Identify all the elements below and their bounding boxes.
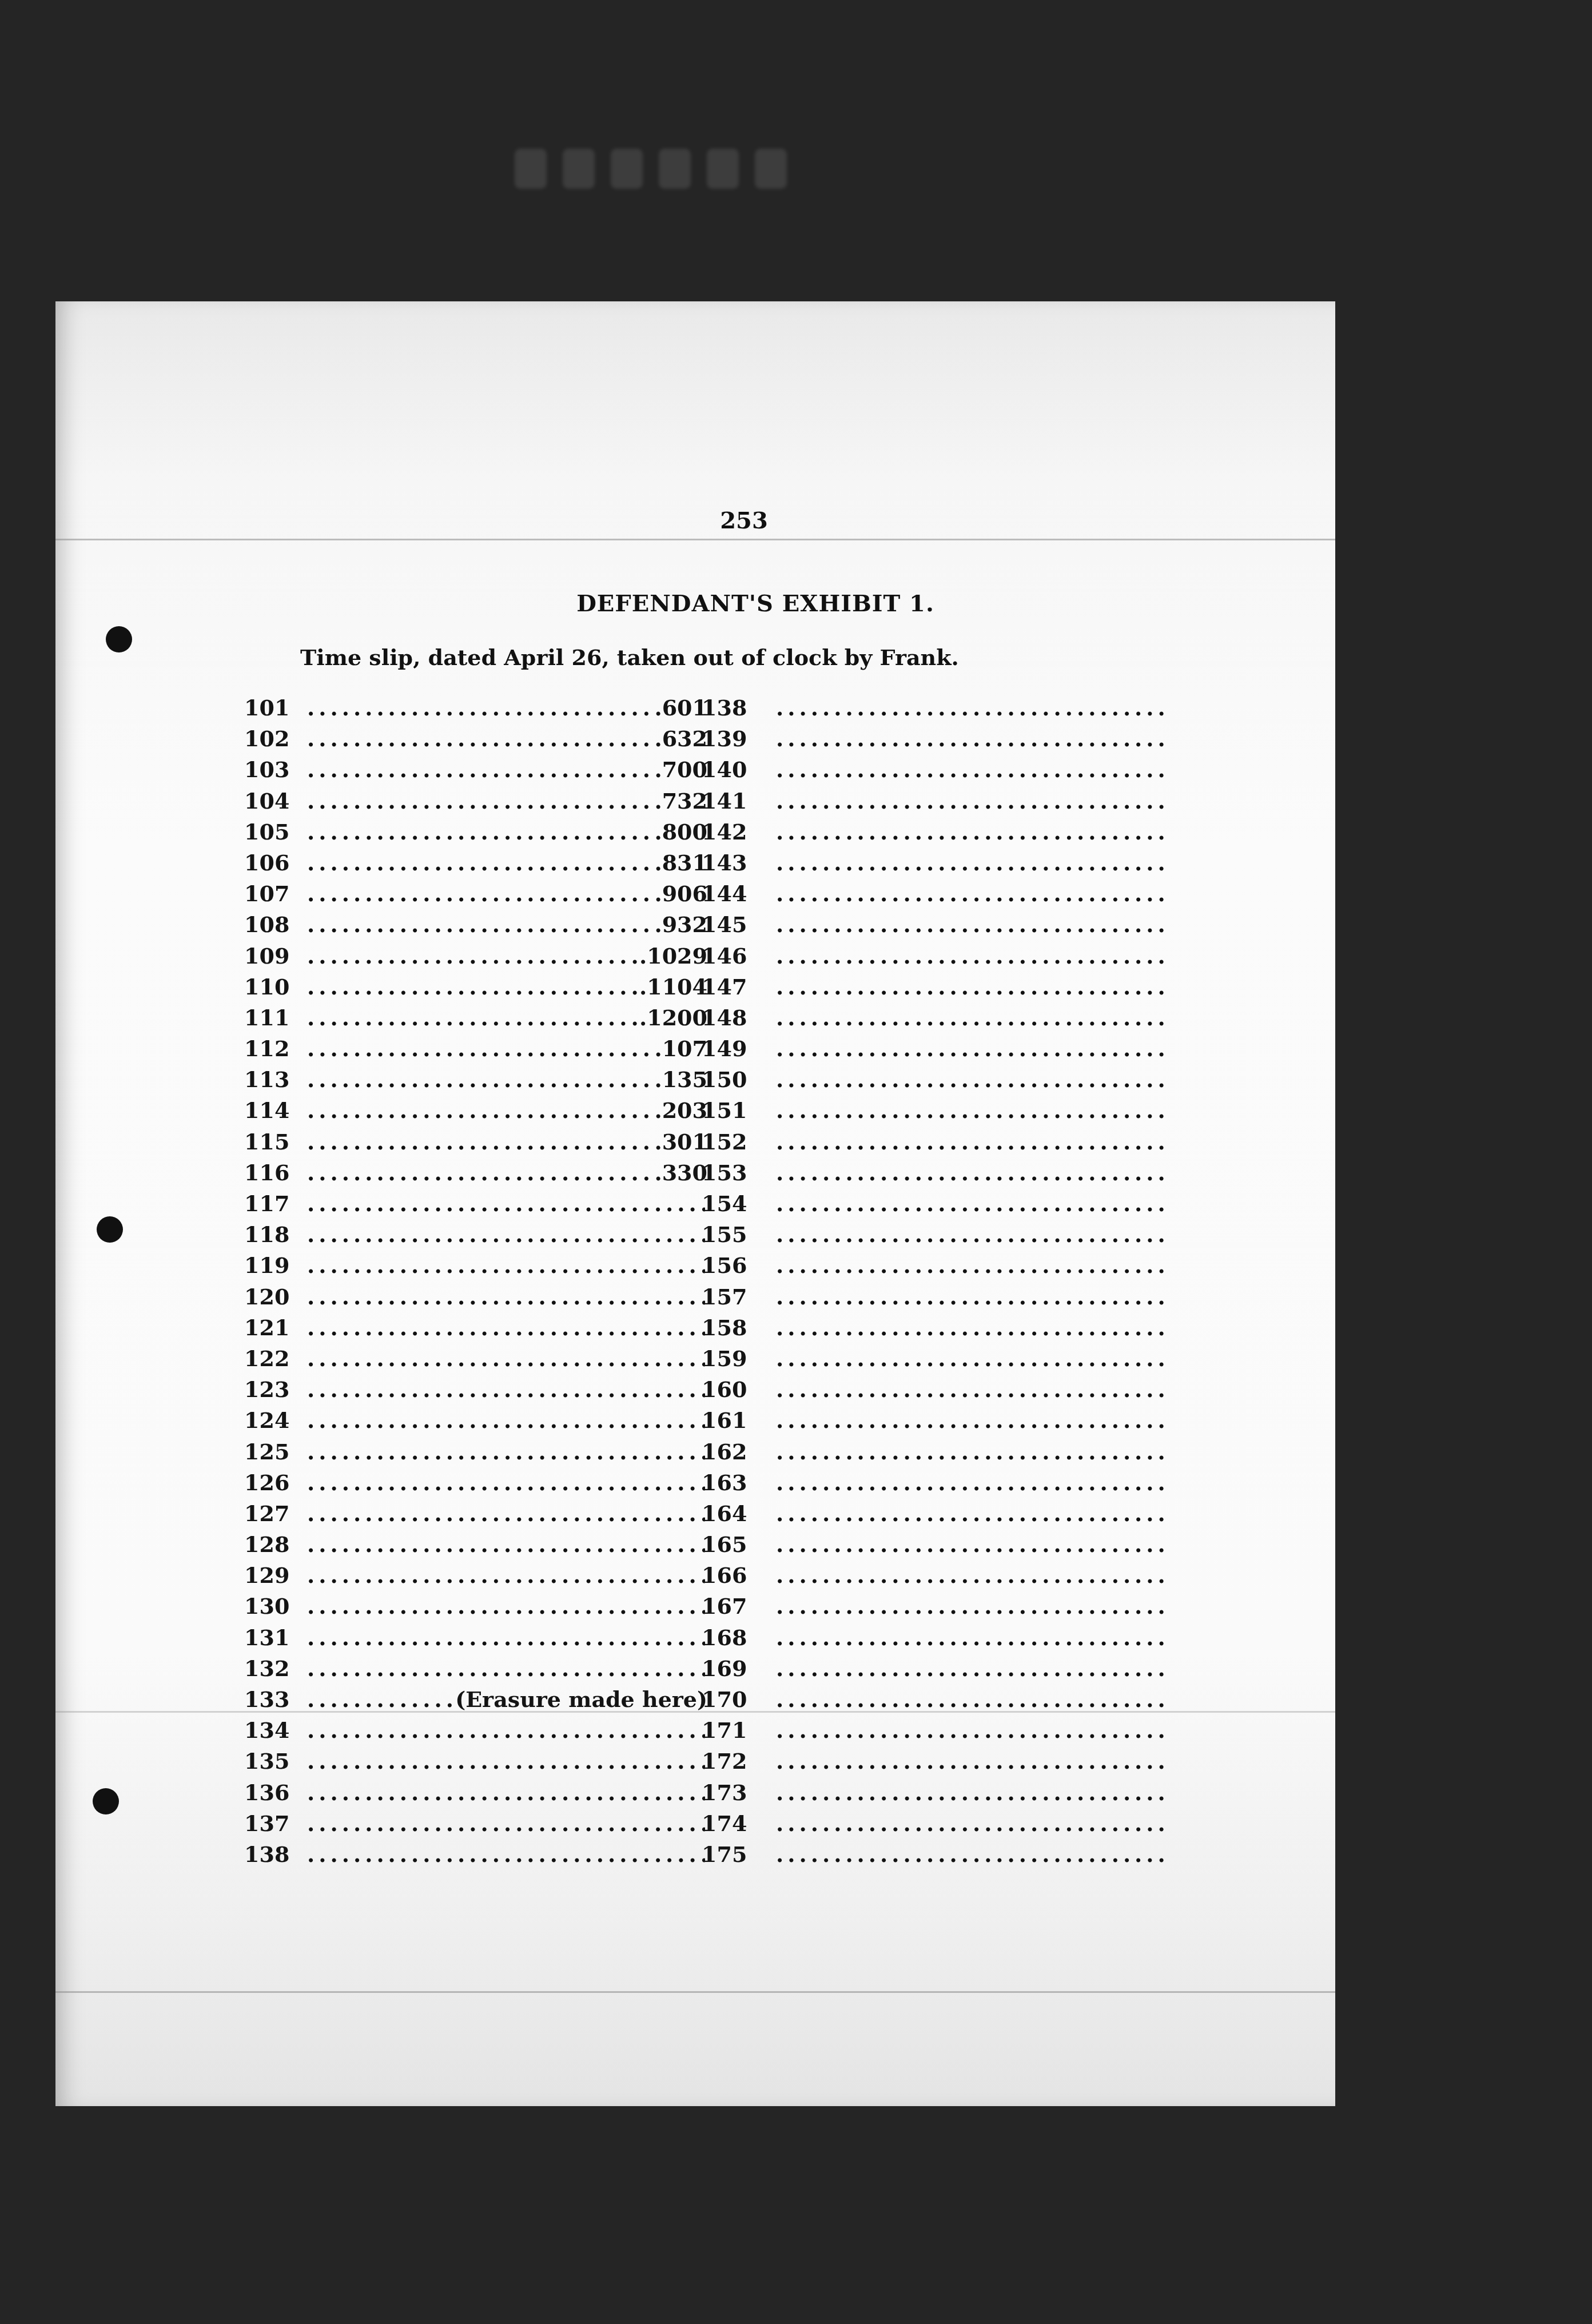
slot-number: 114 (244, 1097, 301, 1123)
slot-number: 138 (244, 1841, 301, 1867)
slot-number: 117 (244, 1191, 301, 1216)
dot-leader: ........................................… (776, 1067, 1168, 1092)
time-slip-row: 118 ....................................… (244, 1221, 707, 1252)
dot-leader: ........................................… (776, 1160, 1168, 1185)
time-slip-row: 150 ....................................… (702, 1067, 1171, 1097)
slot-number: 175 (702, 1841, 765, 1867)
dot-leader: ........................................… (307, 1129, 652, 1155)
dot-leader: ........................................… (307, 1191, 705, 1216)
slot-number: 170 (702, 1686, 765, 1712)
time-slip-row: 113 ....................................… (244, 1067, 707, 1097)
time-slip-row: 128 ....................................… (244, 1531, 707, 1562)
slot-number: 168 (702, 1625, 765, 1650)
dot-leader: ........................................… (776, 1625, 1168, 1650)
slot-number: 121 (244, 1315, 301, 1340)
slot-number: 110 (244, 974, 301, 1000)
slot-number: 126 (244, 1470, 301, 1495)
dot-leader: ........................................… (776, 912, 1168, 937)
time-slip-row: 167 ....................................… (702, 1593, 1171, 1624)
dot-leader: ........................................… (307, 1686, 453, 1712)
time-slip-row: 136 ....................................… (244, 1780, 707, 1810)
time-slip-row: 102 ....................................… (244, 726, 707, 757)
slot-number: 148 (702, 1005, 765, 1030)
time-slip-row: 168 ....................................… (702, 1625, 1171, 1656)
slot-number: 132 (244, 1656, 301, 1681)
time-slip-row: 115 ....................................… (244, 1129, 707, 1160)
slot-number: 115 (244, 1129, 301, 1155)
dot-leader: ........................................… (776, 1439, 1168, 1465)
slot-number: 111 (244, 1005, 301, 1030)
dot-leader: ........................................… (776, 788, 1168, 814)
dot-leader: ........................................… (776, 881, 1168, 906)
dot-leader: ........................................… (776, 1748, 1168, 1774)
page-number: 253 (55, 507, 1335, 534)
time-slip-row: 155 ....................................… (702, 1221, 1171, 1252)
dot-leader: ........................................… (307, 1717, 705, 1743)
slot-number: 159 (702, 1346, 765, 1371)
time-slip-row: 121 ....................................… (244, 1315, 707, 1346)
punch-time: .906 (654, 881, 707, 906)
punch-time: .1200 (639, 1005, 707, 1030)
slot-number: 105 (244, 819, 301, 845)
time-slip-row: 110 ....................................… (244, 974, 707, 1005)
time-slip-row: 158 ....................................… (702, 1315, 1171, 1346)
time-slip-row: 112 ....................................… (244, 1036, 707, 1067)
time-slip-row: 139 ....................................… (702, 726, 1171, 757)
slot-number: 164 (702, 1501, 765, 1526)
slot-number: 167 (702, 1593, 765, 1619)
slot-number: 150 (702, 1067, 765, 1092)
punch-time: .1104 (639, 974, 707, 1000)
time-slip-row: 144 ....................................… (702, 881, 1171, 912)
time-slip-row: 114 ....................................… (244, 1097, 707, 1128)
slot-number: 133 (244, 1686, 301, 1712)
time-slip-row: 108 ....................................… (244, 912, 707, 942)
dot-leader: ........................................… (776, 1656, 1168, 1681)
slot-number: 102 (244, 726, 301, 751)
dot-leader: ........................................… (307, 1810, 705, 1836)
time-slip-row: 116 ....................................… (244, 1160, 707, 1191)
slot-number: 127 (244, 1501, 301, 1526)
slot-number: 116 (244, 1160, 301, 1185)
time-slip-row: 170 ....................................… (702, 1686, 1171, 1717)
slot-number: 104 (244, 788, 301, 814)
dot-leader: ........................................… (776, 1005, 1168, 1030)
time-slip-row: 104 ....................................… (244, 788, 707, 819)
time-slip-row: 166 ....................................… (702, 1562, 1171, 1593)
slot-number: 149 (702, 1036, 765, 1061)
dot-leader: ........................................… (776, 1284, 1168, 1310)
slot-number: 143 (702, 850, 765, 876)
slot-number: 120 (244, 1284, 301, 1310)
dot-leader: ........................................… (307, 1252, 705, 1278)
time-slip-row: 141 ....................................… (702, 788, 1171, 819)
dot-leader: ........................................… (776, 1097, 1168, 1123)
dot-leader: ........................................… (307, 1407, 705, 1433)
dot-leader: ........................................… (307, 695, 652, 721)
time-slip-row: 122 ....................................… (244, 1346, 707, 1376)
dot-leader: ........................................… (776, 943, 1168, 969)
slot-number: 163 (702, 1470, 765, 1495)
dot-leader: ........................................… (307, 881, 652, 906)
time-slip-row: 149 ....................................… (702, 1036, 1171, 1067)
time-slip-row: 107 ....................................… (244, 881, 707, 912)
punch-time: .800 (654, 819, 707, 845)
time-slip-row: 143 ....................................… (702, 850, 1171, 881)
slot-number: 146 (702, 943, 765, 969)
time-slip-row: 101 ....................................… (244, 695, 707, 726)
dot-leader: ........................................… (307, 726, 652, 751)
dot-leader: ........................................… (307, 1284, 705, 1310)
time-slip-row: 119 ....................................… (244, 1252, 707, 1283)
slot-number: 103 (244, 757, 301, 782)
time-slip-row: 132 ....................................… (244, 1656, 707, 1686)
punch-hole-icon (106, 626, 132, 652)
dot-leader: ........................................… (307, 1501, 705, 1526)
time-slip-row: 130 ....................................… (244, 1593, 707, 1624)
exhibit-subtitle: Time slip, dated April 26, taken out of … (300, 644, 959, 670)
dot-leader: ........................................… (307, 850, 652, 876)
time-slip-row: 159 ....................................… (702, 1346, 1171, 1376)
punch-time: .700 (654, 757, 707, 782)
punch-time: .301 (654, 1129, 707, 1155)
dot-leader: ........................................… (776, 974, 1168, 1000)
dot-leader: ........................................… (307, 1097, 652, 1123)
slot-number: 158 (702, 1315, 765, 1340)
time-slip-row: 106 ....................................… (244, 850, 707, 881)
time-slip-row: 111 ....................................… (244, 1005, 707, 1036)
slot-number: 169 (702, 1656, 765, 1681)
slot-number: 174 (702, 1810, 765, 1836)
slot-number: 141 (702, 788, 765, 814)
dot-leader: ........................................… (307, 1221, 705, 1247)
dot-leader: ........................................… (307, 1656, 705, 1681)
time-slip-row: 109 ....................................… (244, 943, 707, 974)
slot-number: 134 (244, 1717, 301, 1743)
slot-number: 152 (702, 1129, 765, 1155)
slot-number: 128 (244, 1531, 301, 1557)
slot-number: 144 (702, 881, 765, 906)
slot-number: 109 (244, 943, 301, 969)
time-slip-row: 175 ....................................… (702, 1841, 1171, 1872)
dot-leader: ........................................… (307, 1005, 637, 1030)
dot-leader: ........................................… (307, 1841, 705, 1867)
dot-leader: ........................................… (776, 1717, 1168, 1743)
time-slip-row: 129 ....................................… (244, 1562, 707, 1593)
time-slip-row: 142 ....................................… (702, 819, 1171, 850)
time-slip-row: 146 ....................................… (702, 943, 1171, 974)
divider-rule (55, 539, 1335, 540)
dot-leader: ........................................… (307, 1067, 652, 1092)
slot-number: 119 (244, 1252, 301, 1278)
dot-leader: ........................................… (307, 1346, 705, 1371)
time-slip-right-column: 138 ....................................… (702, 695, 1171, 1872)
punch-hole-icon (97, 1216, 123, 1243)
slot-number: 155 (702, 1221, 765, 1247)
time-slip-row: 123 ....................................… (244, 1376, 707, 1407)
time-slip-row: 161 ....................................… (702, 1407, 1171, 1438)
dot-leader: ........................................… (776, 1780, 1168, 1805)
time-slip-row: 165 ....................................… (702, 1531, 1171, 1562)
time-slip-row: 152 ....................................… (702, 1129, 1171, 1160)
dot-leader: ........................................… (776, 1470, 1168, 1495)
ghost-stamp-bleedthrough (515, 149, 823, 194)
slot-number: 160 (702, 1376, 765, 1402)
time-slip-row: 174 ....................................… (702, 1810, 1171, 1841)
slot-number: 147 (702, 974, 765, 1000)
time-slip-row: 127 ....................................… (244, 1501, 707, 1531)
time-slip-row: 172 ....................................… (702, 1748, 1171, 1779)
dot-leader: ........................................… (776, 850, 1168, 876)
slot-number: 108 (244, 912, 301, 937)
slot-number: 135 (244, 1748, 301, 1774)
dot-leader: ........................................… (776, 1531, 1168, 1557)
time-slip-row: 103 ....................................… (244, 757, 707, 787)
time-slip-row: 145 ....................................… (702, 912, 1171, 942)
time-slip-row: 137 ....................................… (244, 1810, 707, 1841)
punch-hole-icon (93, 1788, 119, 1814)
punch-time: .135 (654, 1067, 707, 1092)
time-slip-row: 156 ....................................… (702, 1252, 1171, 1283)
slot-number: 173 (702, 1780, 765, 1805)
dot-leader: ........................................… (776, 1191, 1168, 1216)
dot-leader: ........................................… (776, 726, 1168, 751)
dot-leader: ........................................… (776, 1036, 1168, 1061)
exhibit-title: DEFENDANT'S EXHIBIT 1. (55, 590, 1335, 617)
time-slip-row: 151 ....................................… (702, 1097, 1171, 1128)
time-slip-row: 173 ....................................… (702, 1780, 1171, 1810)
punch-time: .1029 (639, 943, 707, 969)
dot-leader: ........................................… (307, 1439, 705, 1465)
slot-number: 151 (702, 1097, 765, 1123)
slot-number: 161 (702, 1407, 765, 1433)
time-slip-row: 157 ....................................… (702, 1284, 1171, 1315)
slot-number: 136 (244, 1780, 301, 1805)
dot-leader: ........................................… (307, 1562, 705, 1588)
slot-number: 112 (244, 1036, 301, 1061)
dot-leader: ........................................… (776, 1593, 1168, 1619)
time-slip-row: 126 ....................................… (244, 1470, 707, 1501)
time-slip-row: 147 ....................................… (702, 974, 1171, 1005)
punch-time: .932 (654, 912, 707, 937)
time-slip-row: 105 ....................................… (244, 819, 707, 850)
dot-leader: ........................................… (307, 1748, 705, 1774)
dot-leader: ........................................… (776, 1686, 1168, 1712)
dot-leader: ........................................… (776, 757, 1168, 782)
dot-leader: ........................................… (307, 974, 637, 1000)
slot-number: 129 (244, 1562, 301, 1588)
dot-leader: ........................................… (307, 1625, 705, 1650)
time-slip-row: 154 ....................................… (702, 1191, 1171, 1221)
dot-leader: ........................................… (776, 1841, 1168, 1867)
time-slip-row: 164 ....................................… (702, 1501, 1171, 1531)
slot-number: 122 (244, 1346, 301, 1371)
slot-number: 140 (702, 757, 765, 782)
dot-leader: ........................................… (307, 1780, 705, 1805)
time-slip-row: 125 ....................................… (244, 1439, 707, 1470)
slot-number: 118 (244, 1221, 301, 1247)
slot-number: 145 (702, 912, 765, 937)
dot-leader: ........................................… (776, 695, 1168, 721)
dot-leader: ........................................… (776, 1376, 1168, 1402)
dot-leader: ........................................… (776, 1315, 1168, 1340)
dot-leader: ........................................… (307, 1531, 705, 1557)
time-slip-row: 124 ....................................… (244, 1407, 707, 1438)
time-slip-row: 153 ....................................… (702, 1160, 1171, 1191)
time-slip-row: 163 ....................................… (702, 1470, 1171, 1501)
punch-time: .107 (654, 1036, 707, 1061)
time-slip-row: 148 ....................................… (702, 1005, 1171, 1036)
punch-time: .732 (654, 788, 707, 814)
dot-leader: ........................................… (776, 1221, 1168, 1247)
document-page: 253 DEFENDANT'S EXHIBIT 1. Time slip, da… (55, 301, 1335, 2106)
punch-time: .330 (654, 1160, 707, 1185)
dot-leader: ........................................… (307, 1376, 705, 1402)
slot-number: 137 (244, 1810, 301, 1836)
dot-leader: ........................................… (776, 1346, 1168, 1371)
dot-leader: ........................................… (776, 1562, 1168, 1588)
dot-leader: ........................................… (307, 912, 652, 937)
dot-leader: ........................................… (776, 1252, 1168, 1278)
divider-rule (55, 1991, 1335, 1993)
dot-leader: ........................................… (776, 819, 1168, 845)
time-slip-row: 169 ....................................… (702, 1656, 1171, 1686)
slot-number: 171 (702, 1717, 765, 1743)
slot-number: 165 (702, 1531, 765, 1557)
time-slip-row: 131 ....................................… (244, 1625, 707, 1656)
time-slip-row: 138 ....................................… (244, 1841, 707, 1872)
time-slip-row: 171 ....................................… (702, 1717, 1171, 1748)
dot-leader: ........................................… (307, 943, 637, 969)
time-slip-row: 135 ....................................… (244, 1748, 707, 1779)
slot-number: 113 (244, 1067, 301, 1092)
time-slip-row: 120 ....................................… (244, 1284, 707, 1315)
dot-leader: ........................................… (307, 1593, 705, 1619)
dot-leader: ........................................… (307, 1470, 705, 1495)
punch-time: (Erasure made here) (455, 1686, 707, 1712)
punch-time: .601 (654, 695, 707, 721)
slot-number: 124 (244, 1407, 301, 1433)
slot-number: 138 (702, 695, 765, 721)
time-slip-row: 117 ....................................… (244, 1191, 707, 1221)
slot-number: 130 (244, 1593, 301, 1619)
slot-number: 154 (702, 1191, 765, 1216)
dot-leader: ........................................… (307, 757, 652, 782)
slot-number: 162 (702, 1439, 765, 1465)
slot-number: 123 (244, 1376, 301, 1402)
time-slip-row: 138 ....................................… (702, 695, 1171, 726)
time-slip-row: 162 ....................................… (702, 1439, 1171, 1470)
punch-time: .632 (654, 726, 707, 751)
dot-leader: ........................................… (776, 1501, 1168, 1526)
slot-number: 131 (244, 1625, 301, 1650)
slot-number: 107 (244, 881, 301, 906)
time-slip-row: 133 ....................................… (244, 1686, 707, 1717)
dot-leader: ........................................… (307, 1315, 705, 1340)
dot-leader: ........................................… (307, 1160, 652, 1185)
slot-number: 156 (702, 1252, 765, 1278)
slot-number: 139 (702, 726, 765, 751)
dot-leader: ........................................… (307, 819, 652, 845)
time-slip-left-column: 101 ....................................… (244, 695, 707, 1872)
slot-number: 153 (702, 1160, 765, 1185)
dot-leader: ........................................… (776, 1810, 1168, 1836)
slot-number: 172 (702, 1748, 765, 1774)
dot-leader: ........................................… (307, 1036, 652, 1061)
time-slip-row: 140 ....................................… (702, 757, 1171, 787)
slot-number: 157 (702, 1284, 765, 1310)
punch-time: .203 (654, 1097, 707, 1123)
slot-number: 142 (702, 819, 765, 845)
slot-number: 166 (702, 1562, 765, 1588)
dot-leader: ........................................… (307, 788, 652, 814)
slot-number: 125 (244, 1439, 301, 1465)
dot-leader: ........................................… (776, 1129, 1168, 1155)
time-slip-row: 160 ....................................… (702, 1376, 1171, 1407)
slot-number: 101 (244, 695, 301, 721)
dot-leader: ........................................… (776, 1407, 1168, 1433)
slot-number: 106 (244, 850, 301, 876)
time-slip-row: 134 ....................................… (244, 1717, 707, 1748)
punch-time: .831 (654, 850, 707, 876)
